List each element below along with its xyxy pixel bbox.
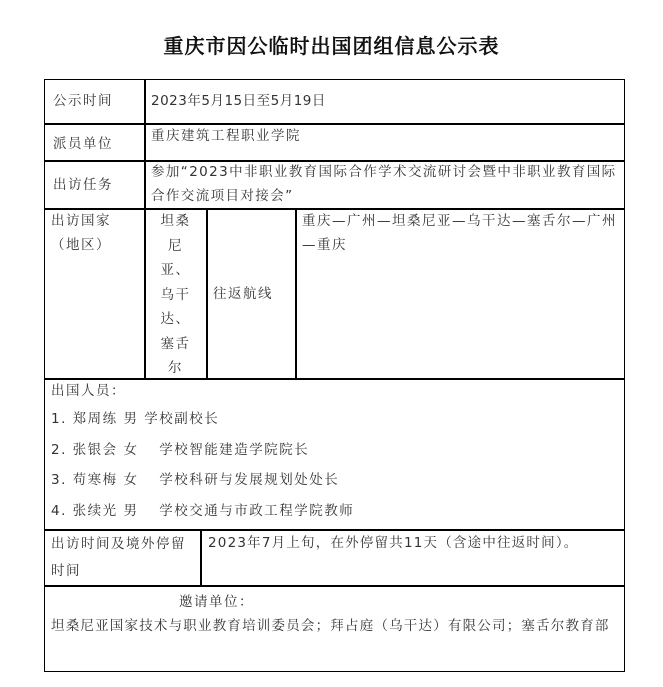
country-line: 亚、: [145, 258, 206, 283]
announce-value: 2023年5月15日至5月19日: [151, 89, 326, 113]
route-value: 重庆—广州—坦桑尼亚—乌干达—塞舌尔—广州—重庆: [302, 209, 622, 257]
country-line: 坦桑: [145, 209, 206, 234]
duration-label: 出访时间及境外停留时间: [51, 531, 197, 585]
col-divider: [295, 208, 297, 378]
country-line: 塞舌: [145, 332, 206, 357]
inviter-header: 邀请单位：: [179, 590, 254, 614]
info-table: 公示时间 2023年5月15日至5月19日 派员单位 重庆建筑工程职业学院 出访…: [44, 79, 625, 672]
announce-label: 公示时间: [53, 89, 113, 113]
countries-label-line1: 出访国家: [51, 209, 111, 233]
people-section: 出国人员： 1. 郑周练 男 学校副校长 2. 张银会 女 学校智能建造学院院长…: [51, 378, 621, 526]
unit-label: 派员单位: [53, 132, 113, 156]
person-item: 1. 郑周练 男 学校副校长: [51, 404, 621, 435]
person-item: 2. 张银会 女 学校智能建造学院院长: [51, 435, 621, 466]
row-divider: [45, 123, 625, 125]
inviter-value: 坦桑尼亚国家技术与职业教育培训委员会；拜占庭（乌干达）有限公司；塞舌尔教育部: [51, 614, 623, 638]
mission-value: 参加“2023中非职业教育国际合作学术交流研讨会暨中非职业教育国际合作交流项目对…: [151, 160, 623, 208]
col-divider: [206, 208, 208, 378]
countries-label: 出访国家 （地区）: [51, 209, 111, 257]
people-header: 出国人员：: [51, 378, 621, 404]
country-line: 尼: [145, 234, 206, 259]
country-line: 达、: [145, 307, 206, 332]
page-title: 重庆市因公临时出国团组信息公示表: [0, 30, 663, 59]
person-item: 3. 苟寒梅 女 学校科研与发展规划处处长: [51, 465, 621, 496]
country-line: 乌干: [145, 283, 206, 308]
person-item: 4. 张续光 男 学校交通与市政工程学院教师: [51, 496, 621, 527]
unit-value: 重庆建筑工程职业学院: [151, 124, 301, 148]
col-divider: [200, 529, 202, 585]
countries-label-line2: （地区）: [51, 233, 111, 257]
countries-value: 坦桑 尼 亚、 乌干 达、 塞舌 尔: [145, 209, 206, 381]
mission-label: 出访任务: [53, 173, 113, 197]
row-divider: [45, 585, 625, 587]
route-label: 往返航线: [213, 282, 273, 306]
duration-value: 2023年7月上旬，在外停留共11天（含途中往返时间）。: [208, 531, 623, 555]
country-line: 尔: [145, 356, 206, 381]
